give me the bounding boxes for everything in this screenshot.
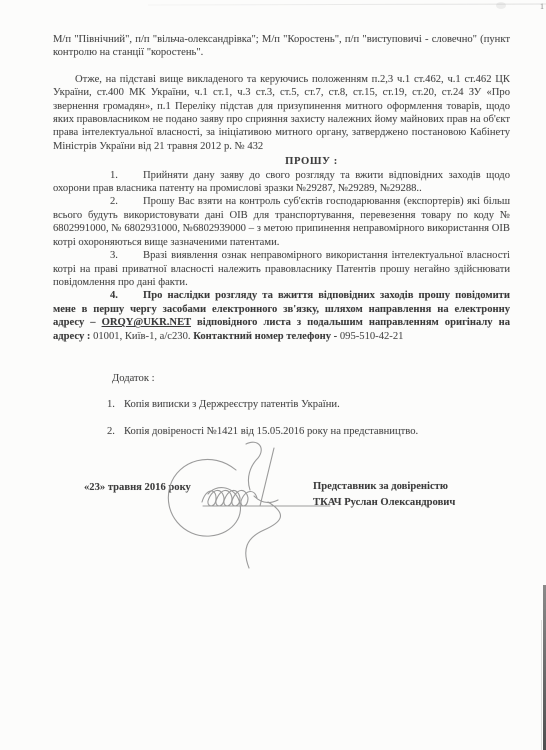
- annex-item-text: Копія довіреності №1421 від 15.05.2016 р…: [124, 426, 418, 437]
- scan-artifact-top-line: [148, 3, 546, 5]
- request-item-number: 3.: [110, 249, 143, 262]
- signer-role: Представник за довіреністю: [313, 479, 455, 495]
- annex-item-2: 2.Копія довіреності №1421 від 15.05.2016…: [107, 425, 510, 438]
- annex-item-number: 2.: [107, 425, 124, 438]
- intro-paragraph: М/п "Північний", п/п "вільча-олександрів…: [53, 33, 510, 60]
- request-item-3: 3.Вразі виявлення ознак неправомірного в…: [53, 249, 510, 289]
- signer-name: ТКАЧ Руслан Олександрович: [313, 495, 455, 511]
- scan-artifact-smudge: [496, 2, 506, 9]
- request-item-4: 4.Про наслідки розгляду та вжиття відпов…: [53, 289, 510, 343]
- page-number: 1: [540, 0, 544, 13]
- email-address: ORQY@UKR.NET: [102, 317, 191, 328]
- request-item-number: 1.: [110, 169, 143, 182]
- annex-item-1: 1.Копія виписки з Держреєстру патентів У…: [107, 398, 510, 411]
- document-body: М/п "Північний", п/п "вільча-олександрів…: [53, 33, 510, 438]
- request-heading: ПРОШУ :: [113, 155, 510, 168]
- request-item-1: 1.Прийняти дану заяву до свого розгляду …: [53, 169, 510, 196]
- scan-artifact-right-edge-faint: [541, 620, 542, 750]
- request-item-2: 2.Прошу Вас взяти на контроль суб'єктів …: [53, 195, 510, 249]
- annex-item-number: 1.: [107, 398, 124, 411]
- signer-block: Представник за довіреністю ТКАЧ Руслан О…: [313, 479, 455, 511]
- postal-address: 01001, Київ-1, а/с230.: [93, 331, 190, 342]
- scanned-document-page: 1 М/п "Північний", п/п "вільча-олександр…: [0, 0, 546, 750]
- phone-label: Контактний номер телефону -: [191, 331, 340, 342]
- request-item-number: 2.: [110, 195, 143, 208]
- annex-heading: Додаток :: [112, 372, 510, 385]
- legal-basis-paragraph: Отже, на підставі вище викладеного та ке…: [53, 73, 510, 153]
- request-item-number: 4.: [110, 289, 143, 302]
- phone-number: 095-510-42-21: [340, 331, 404, 342]
- annex-item-text: Копія виписки з Держреєстру патентів Укр…: [124, 399, 340, 410]
